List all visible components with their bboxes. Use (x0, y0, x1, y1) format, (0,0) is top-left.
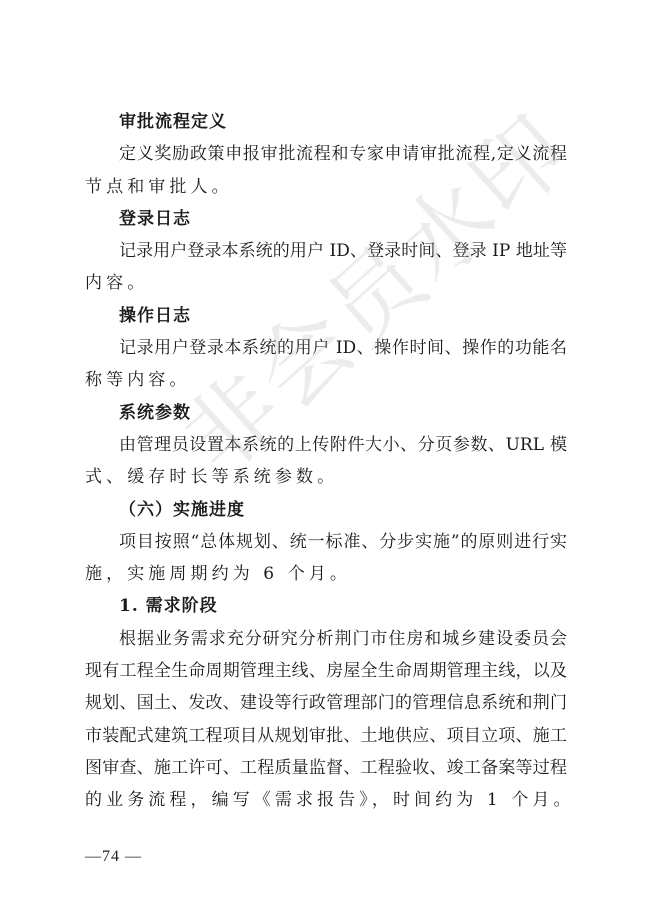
paragraph-line: 根据业务需求充分研究分析荆门市住房和城乡建设委员会 (85, 623, 567, 655)
heading-requirements-phase: 1. 需求阶段 (85, 590, 567, 622)
paragraph-line: 市装配式建筑工程项目从规划审批、土地供应、项目立项、施工 (85, 720, 567, 752)
document-body: 审批流程定义 定义奖励政策申报审批流程和专家申请审批流程,定义流程 节点和审批人… (85, 106, 567, 817)
page-number: —74 — (85, 848, 142, 866)
paragraph-line: 项目按照“总体规划、统一标准、分步实施”的原则进行实 (85, 526, 567, 558)
heading-approval-flow: 审批流程定义 (85, 106, 567, 138)
paragraph-line: 定义奖励政策申报审批流程和专家申请审批流程,定义流程 (85, 138, 567, 170)
heading-system-params: 系统参数 (85, 397, 567, 429)
paragraph-line: 施，实施周期约为 6 个月。 (85, 558, 567, 590)
paragraph-line: 称等内容。 (85, 364, 567, 396)
paragraph-line: 现有工程全生命周期管理主线、房屋全生命周期管理主线，以及 (85, 655, 567, 687)
paragraph-line: 的业务流程，编写《需求报告》，时间约为 1 个月。 (85, 784, 567, 816)
document-page: 审批流程定义 定义奖励政策申报审批流程和专家申请审批流程,定义流程 节点和审批人… (0, 0, 650, 919)
paragraph-line: 由管理员设置本系统的上传附件大小、分页参数、URL 模 (85, 429, 567, 461)
paragraph-line: 式、缓存时长等系统参数。 (85, 461, 567, 493)
heading-implementation-progress: （六）实施进度 (85, 494, 567, 526)
paragraph-line: 节点和审批人。 (85, 171, 567, 203)
paragraph-line: 记录用户登录本系统的用户 ID、操作时间、操作的功能名 (85, 332, 567, 364)
paragraph-line: 记录用户登录本系统的用户 ID、登录时间、登录 IP 地址等 (85, 235, 567, 267)
heading-login-log: 登录日志 (85, 203, 567, 235)
paragraph-line: 图审查、施工许可、工程质量监督、工程验收、竣工备案等过程 (85, 752, 567, 784)
paragraph-line: 内容。 (85, 267, 567, 299)
heading-operation-log: 操作日志 (85, 300, 567, 332)
paragraph-line: 规划、国土、发改、建设等行政管理部门的管理信息系统和荆门 (85, 687, 567, 719)
